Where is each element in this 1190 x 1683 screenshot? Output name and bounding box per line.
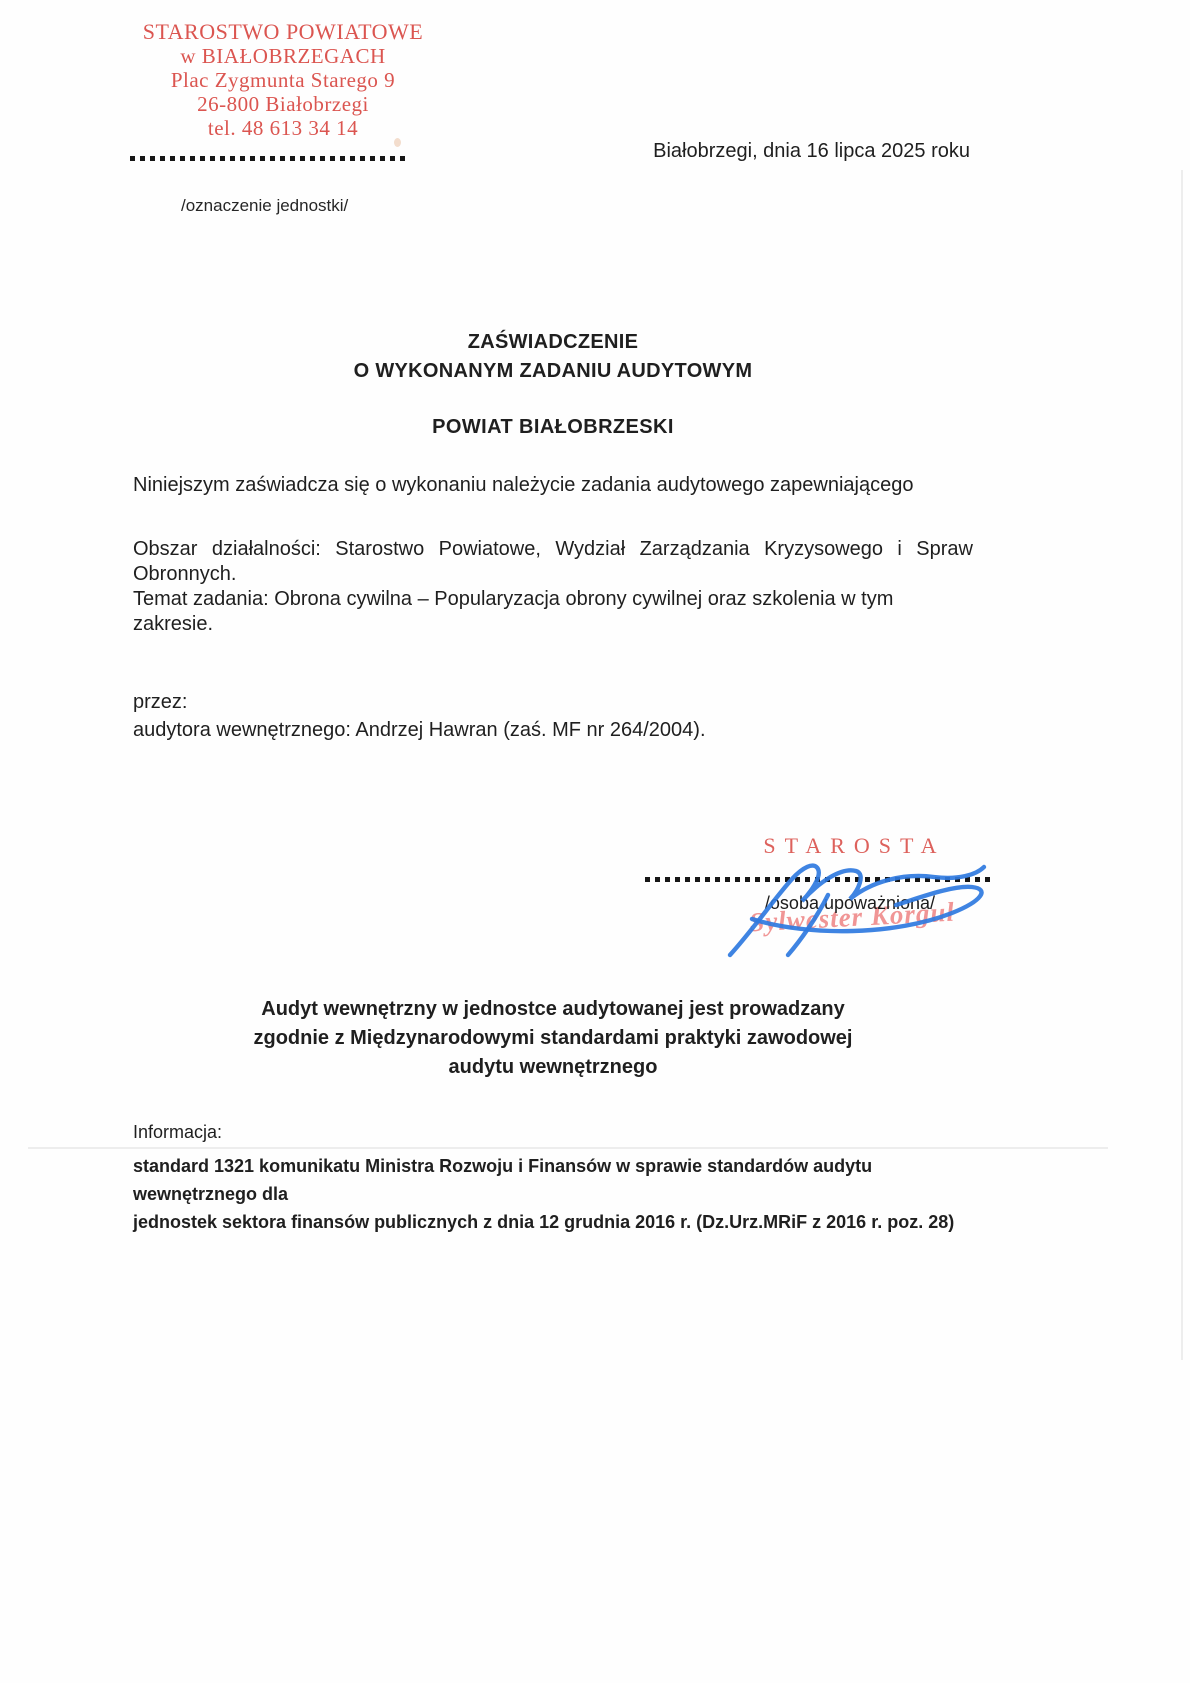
- body-by-label: przez:: [133, 690, 973, 715]
- subject-title: POWIAT BIAŁOBRZESKI: [133, 416, 973, 439]
- stamp-line: 26-800 Białobrzegi: [118, 92, 448, 116]
- document-page: STAROSTWO POWIATOWE w BIAŁOBRZEGACH Plac…: [0, 0, 1190, 1683]
- audit-statement: Audyt wewnętrzny w jednostce audytowanej…: [133, 995, 973, 1082]
- office-stamp: STAROSTWO POWIATOWE w BIAŁOBRZEGACH Plac…: [118, 20, 448, 140]
- statement-line-2: zgodnie z Międzynarodowymi standardami p…: [133, 1024, 973, 1053]
- scan-artifact: [1181, 170, 1183, 1360]
- stamp-line: w BIAŁOBRZEGACH: [118, 44, 448, 68]
- footnote-label: Informacja:: [133, 1122, 222, 1143]
- scan-artifact: [394, 138, 401, 147]
- body-topic-line-2: zakresie.: [133, 612, 973, 637]
- stamp-line: tel. 48 613 34 14: [118, 116, 448, 140]
- handwritten-signature: [700, 843, 1000, 963]
- footnote-line-2: jednostek sektora finansów publicznych z…: [133, 1208, 993, 1236]
- document-title: ZAŚWIADCZENIE O WYKONANYM ZADANIU AUDYTO…: [133, 328, 973, 386]
- statement-line-3: audytu wewnętrznego: [133, 1053, 973, 1082]
- date-line: Białobrzegi, dnia 16 lipca 2025 roku: [600, 140, 970, 163]
- unit-designation-label: /oznaczenie jednostki/: [181, 196, 348, 216]
- title-line-2: O WYKONANYM ZADANIU AUDYTOWYM: [133, 357, 973, 386]
- body-area-line-2: Obronnych.: [133, 562, 973, 587]
- body-auditor-line: audytora wewnętrznego: Andrzej Hawran (z…: [133, 718, 973, 743]
- footnote-line-1: standard 1321 komunikatu Ministra Rozwoj…: [133, 1152, 993, 1208]
- body-intro: Niniejszym zaświadcza się o wykonaniu na…: [133, 473, 973, 498]
- footnote-body: standard 1321 komunikatu Ministra Rozwoj…: [133, 1152, 993, 1236]
- body-topic-line-1: Temat zadania: Obrona cywilna – Populary…: [133, 587, 973, 612]
- stamp-line: Plac Zygmunta Starego 9: [118, 68, 448, 92]
- dotted-line: [130, 156, 408, 161]
- body-area-line-1: Obszar działalności: Starostwo Powiatowe…: [133, 537, 973, 562]
- statement-line-1: Audyt wewnętrzny w jednostce audytowanej…: [133, 995, 973, 1024]
- scan-artifact: [28, 1147, 1108, 1149]
- title-line-1: ZAŚWIADCZENIE: [133, 328, 973, 357]
- stamp-line: STAROSTWO POWIATOWE: [118, 20, 448, 44]
